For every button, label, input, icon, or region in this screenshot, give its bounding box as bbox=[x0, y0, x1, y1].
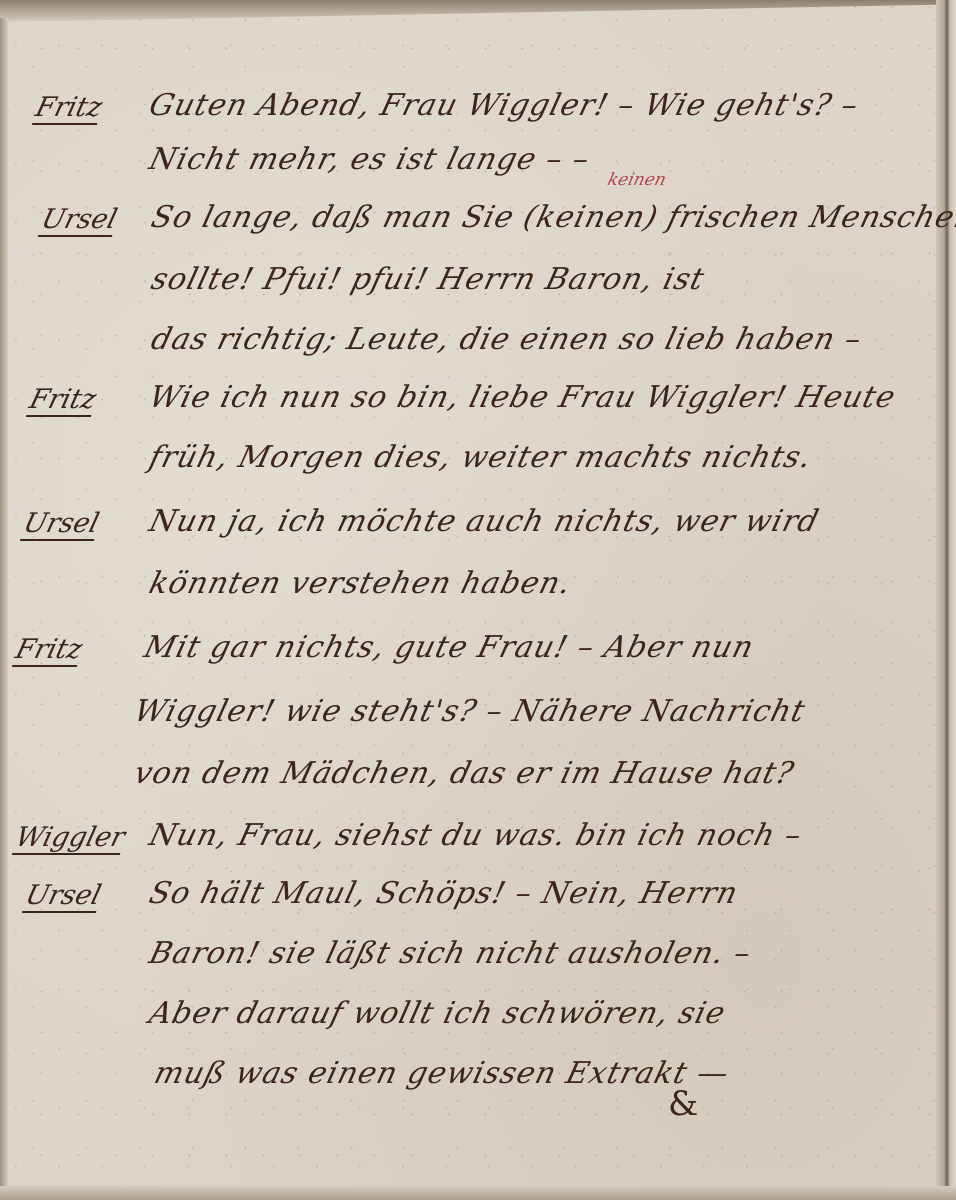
dialogue-line: Aber darauf wollt ich schwören, sie bbox=[146, 996, 730, 1031]
page-left-edge bbox=[0, 18, 8, 1200]
dialogue-line: könnten verstehen haben. bbox=[146, 566, 575, 601]
speaker-name: Fritz bbox=[12, 634, 86, 667]
dialogue-line: Nun ja, ich möchte auch nichts, wer wird bbox=[146, 504, 823, 539]
speaker-name: Ursel bbox=[38, 204, 120, 237]
speaker-name: Fritz bbox=[32, 92, 106, 125]
dialogue-line: So hält Maul, Schöps! – Nein, Herrn bbox=[146, 876, 742, 911]
dialogue-line: früh, Morgen dies, weiter machts nichts. bbox=[146, 440, 816, 475]
dialogue-line: das richtig; Leute, die einen so lieb ha… bbox=[148, 322, 866, 357]
catchword-mark: & bbox=[668, 1084, 698, 1124]
dialogue-line: Wie ich nun so bin, liebe Frau Wiggler! … bbox=[146, 380, 900, 415]
speaker-name: Ursel bbox=[22, 880, 104, 913]
speaker-name: Wiggler bbox=[12, 822, 128, 855]
dialogue-line: Wiggler! wie steht's? – Nähere Nachricht bbox=[131, 694, 809, 729]
book-spine-edge bbox=[936, 0, 956, 1200]
dialogue-line: Baron! sie läßt sich nicht ausholen. – bbox=[146, 936, 755, 971]
dialogue-line: Nun, Frau, siehst du was. bin ich noch – bbox=[146, 818, 806, 853]
page-bottom-edge bbox=[0, 1186, 956, 1200]
speaker-name: Ursel bbox=[20, 508, 102, 541]
speaker-name: Fritz bbox=[26, 384, 100, 417]
dialogue-line: Mit gar nichts, gute Frau! – Aber nun bbox=[141, 630, 758, 665]
margin-note-red: keinen bbox=[606, 170, 669, 190]
dialogue-line: Nicht mehr, es ist lange – – bbox=[146, 142, 594, 177]
dialogue-line: von dem Mädchen, das er im Hause hat? bbox=[131, 756, 798, 791]
dialogue-line: muß was einen gewissen Extrakt — bbox=[151, 1056, 733, 1091]
dialogue-line: So lange, daß man Sie (keinen) frischen … bbox=[148, 200, 956, 235]
dialogue-line: sollte! Pfui! pfui! Herrn Baron, ist bbox=[148, 262, 709, 297]
dialogue-line: Guten Abend, Frau Wiggler! – Wie geht's?… bbox=[146, 88, 863, 123]
manuscript-page: Fritz Guten Abend, Frau Wiggler! – Wie g… bbox=[0, 0, 956, 1200]
